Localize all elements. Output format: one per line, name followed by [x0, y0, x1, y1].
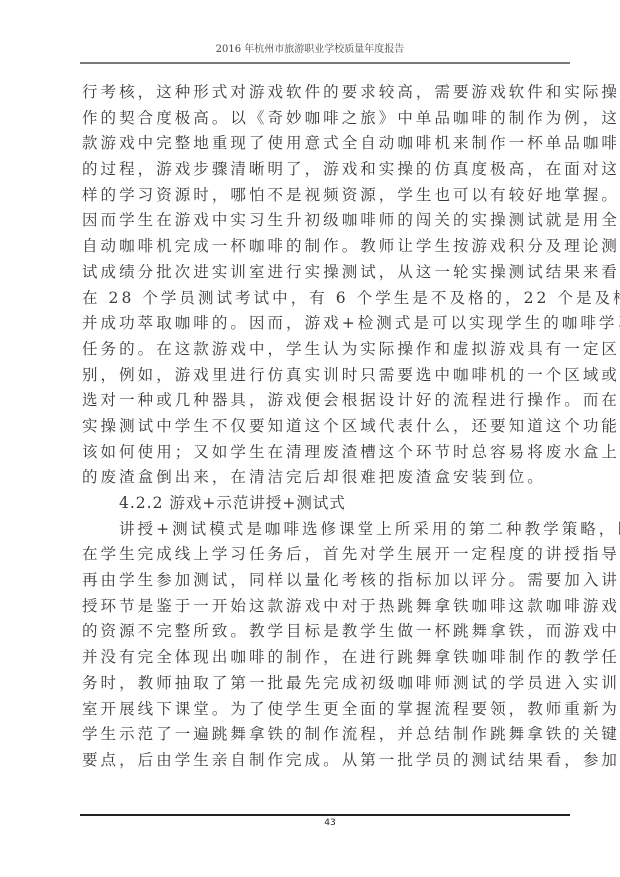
text-line: 任务的。在这款游戏中，学生认为实际操作和虚拟游戏具有一定区 [82, 337, 572, 363]
text-line: 实操测试中学生不仅要知道这个区域代表什么，还要知道这个功能 [82, 414, 572, 440]
section-heading: 4.2.2 游戏+示范讲授+测试式 [82, 491, 572, 517]
header-divider [80, 62, 570, 64]
text-line: 在 28 个学员测试考试中，有 6 个学生是不及格的，22 个是及格的， [82, 286, 572, 312]
text-line: 选对一种或几种器具，游戏便会根据设计好的流程进行操作。而在 [82, 388, 572, 414]
text-line: 并没有完全体现出咖啡的制作，在进行跳舞拿铁咖啡制作的教学任 [82, 645, 572, 671]
text-line: 因而学生在游戏中实习生升初级咖啡师的闯关的实操测试就是用全 [82, 208, 572, 234]
text-line: 别，例如，游戏里进行仿真实训时只需要选中咖啡机的一个区域或 [82, 363, 572, 389]
text-line: 样的学习资源时，哪怕不是视频资源，学生也可以有较好地掌握。 [82, 183, 572, 209]
text-line: 的资源不完整所致。教学目标是教学生做一杯跳舞拿铁，而游戏中 [82, 619, 572, 645]
text-line: 授环节是鉴于一开始这款游戏中对于热跳舞拿铁咖啡这款咖啡游戏 [82, 594, 572, 620]
text-line: 学生示范了一遍跳舞拿铁的制作流程，并总结制作跳舞拿铁的关键 [82, 722, 572, 748]
text-line: 试成绩分批次进实训室进行实操测试，从这一轮实操测试结果来看， [82, 260, 572, 286]
page-number: 43 [0, 818, 620, 828]
text-line: 要点，后由学生亲自制作完成。从第一批学员的测试结果看，参加 [82, 748, 572, 774]
text-line: 再由学生参加测试，同样以量化考核的指标加以评分。需要加入讲 [82, 568, 572, 594]
text-line: 该如何使用；又如学生在清理废渣槽这个环节时总容易将废水盒上 [82, 440, 572, 466]
text-line: 在学生完成线上学习任务后，首先对学生展开一定程度的讲授指导， [82, 542, 572, 568]
text-line: 作的契合度极高。以《奇妙咖啡之旅》中单品咖啡的制作为例，这 [82, 106, 572, 132]
text-line: 款游戏中完整地重现了使用意式全自动咖啡机来制作一杯单品咖啡 [82, 131, 572, 157]
text-line: 讲授+测试模式是咖啡选修课堂上所采用的第二种教学策略，即 [82, 517, 572, 543]
text-line: 的过程，游戏步骤清晰明了，游戏和实操的仿真度极高，在面对这 [82, 157, 572, 183]
text-line: 室开展线下课堂。为了使学生更全面的掌握流程要领，教师重新为 [82, 697, 572, 723]
text-line: 的废渣盒倒出来，在清洁完后却很难把废渣盒安装到位。 [82, 465, 572, 491]
text-line: 并成功萃取咖啡的。因而，游戏+检测式是可以实现学生的咖啡学习 [82, 311, 572, 337]
body-text: 行考核，这种形式对游戏软件的要求较高，需要游戏软件和实际操 作的契合度极高。以《… [82, 80, 572, 774]
text-line: 行考核，这种形式对游戏软件的要求较高，需要游戏软件和实际操 [82, 80, 572, 106]
footer-divider [80, 814, 570, 816]
text-line: 自动咖啡机完成一杯咖啡的制作。教师让学生按游戏积分及理论测 [82, 234, 572, 260]
text-line: 务时，教师抽取了第一批最先完成初级咖啡师测试的学员进入实训 [82, 671, 572, 697]
page-header-title: 2016 年杭州市旅游职业学校质量年度报告 [0, 40, 620, 55]
